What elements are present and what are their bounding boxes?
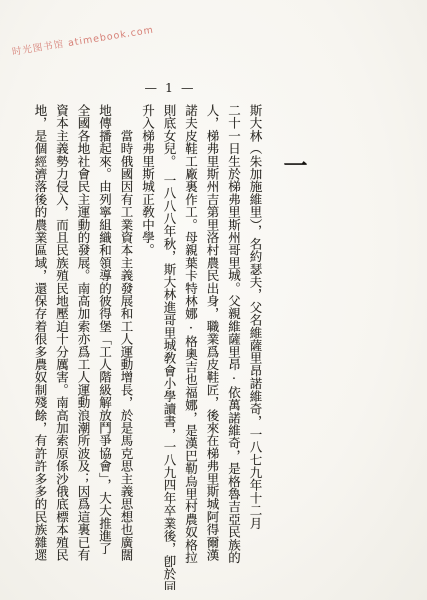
text-column: 則底女兒。 一八八八年秋，斯大林進哥里城敎會小學讀書，一八九四年卒業後，卽於同年 [159, 104, 181, 590]
book-page: 时光图书馆 atimebook.com — 1 — 一 斯大林（朱加施維里），名… [0, 0, 427, 600]
section-heading: 一 [278, 150, 308, 180]
page-number: — 1 — [70, 80, 270, 95]
text-column: 地傳播起來。由列寧組織和領導的彼得堡「工人階級解放鬥爭協會」，大大推進了 [94, 104, 116, 590]
text-column: 升入梯弗里斯城正敎中學。 [137, 104, 159, 590]
text-column: 斯大林（朱加施維里），名約瑟夫，父名維薩里昂諾維奇，一八七九年十二月 [245, 104, 267, 590]
text-column: 二十一日生於梯弗里斯州哥里城。父親維薩里昂·依萬諾維奇，是格魯吉亞民族的 [223, 104, 245, 590]
text-column: 諾夫皮鞋工廠裏作工。母親葉卡特林娜·格奧吉也福娜，是漢巴勒烏里村農奴格拉 [180, 104, 202, 590]
text-column: 資本主義勢力侵入，而且民族殖民地壓迫十分厲害。南高加索原係沙俄底標本殖民 [51, 104, 73, 590]
text-column: 地，是個經濟落後的農業區域，還保存着很多農奴制殘餘，有許許多多的民族雜遝 [30, 104, 52, 590]
text-column: 全國各地社會民主運動的發展。南高加索亦爲工人運動浪潮所波及；因爲這裏已有 [73, 104, 95, 590]
text-block: 斯大林（朱加施維里），名約瑟夫，父名維薩里昂諾維奇，一八七九年十二月二十一日生於… [28, 104, 266, 590]
library-watermark: 时光图书馆 atimebook.com [11, 22, 155, 58]
text-column: 當時俄國因有工業資本主義發展和工人運動增長，於是馬克思主義思想也廣闊 [116, 104, 138, 590]
text-column: 人，梯弗里斯州吉第里洛村農民出身，職業爲皮鞋匠，後來在梯弗里斯城阿得爾漢 [202, 104, 224, 590]
